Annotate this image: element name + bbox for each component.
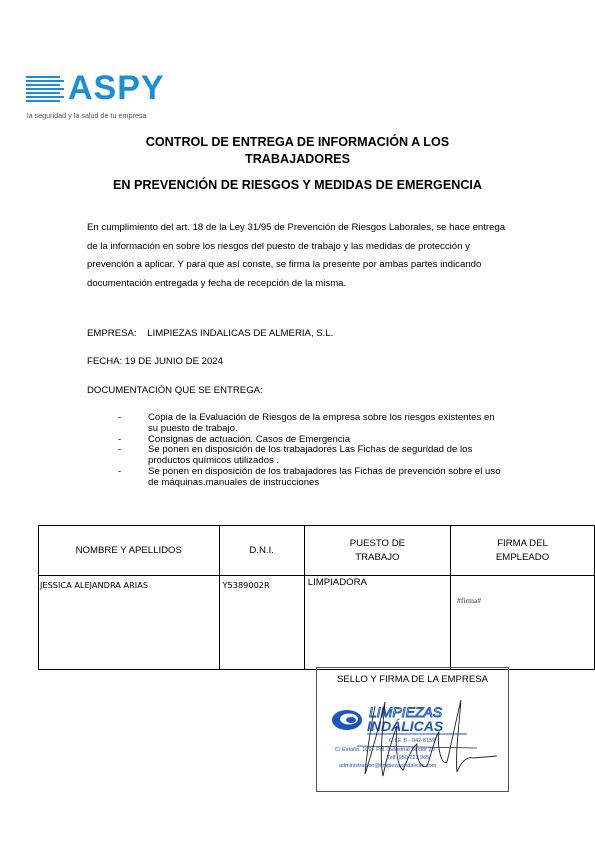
company-stamp-box: SELLO Y FIRMA DE LA EMPRESA LIMPIEZAS IN… <box>316 667 509 792</box>
employee-signature-field[interactable]: #firma# <box>451 576 595 670</box>
header-job: PUESTO DE TRABAJO <box>304 526 450 576</box>
list-item: -Se ponen en disposición de los trabajad… <box>118 467 503 489</box>
header-dni: D.N.I. <box>219 526 304 576</box>
date-value: 19 DE JUNIO DE 2024 <box>125 356 223 367</box>
list-item: -Copia de la Evaluación de Riesgos de la… <box>118 413 503 435</box>
logo-tagline: la seguridad y la salud de tu empresa <box>27 111 146 120</box>
documents-heading: DOCUMENTACIÓN QUE SE ENTREGA: <box>87 385 263 396</box>
table-row: JESSICA ALEJANDRA ARIAS Y5389002R LIMPIA… <box>39 576 595 670</box>
employee-table: NOMBRE Y APELLIDOS D.N.I. PUESTO DE TRAB… <box>38 525 595 670</box>
company-field: EMPRESA: LIMPIEZAS INDALICAS DE ALMERIA,… <box>87 328 333 339</box>
company-value: LIMPIEZAS INDALICAS DE ALMERIA, S.L. <box>147 328 333 339</box>
intro-paragraph: En cumplimiento del art. 18 de la Ley 31… <box>87 219 507 293</box>
striped-bars-icon <box>26 76 64 104</box>
list-item: -Se ponen en disposición de los trabajad… <box>118 445 503 467</box>
header-signature: FIRMA DEL EMPLEADO <box>451 526 595 576</box>
header-name: NOMBRE Y APELLIDOS <box>39 526 220 576</box>
limpiezas-logo-icon <box>332 710 362 730</box>
employee-dni: Y5389002R <box>219 576 304 670</box>
company-label: EMPRESA: <box>87 328 137 339</box>
logo-brand: ASPY <box>68 69 165 107</box>
company-stamp: LIMPIEZAS INDÁLICAS C.I.F. B - 042-8159 … <box>327 696 502 781</box>
date-field: FECHA: 19 DE JUNIO DE 2024 <box>87 356 223 367</box>
date-label: FECHA: <box>87 356 122 367</box>
svg-text:C/ Estaño, 109 · Pol. Industri: C/ Estaño, 109 · Pol. Industrial Sector … <box>335 747 435 753</box>
stamp-label: SELLO Y FIRMA DE LA EMPRESA <box>317 674 508 685</box>
documents-list: -Copia de la Evaluación de Riesgos de la… <box>118 413 503 489</box>
document-title: CONTROL DE ENTREGA DE INFORMACIÓN A LOS … <box>100 134 495 168</box>
table-header-row: NOMBRE Y APELLIDOS D.N.I. PUESTO DE TRAB… <box>39 526 595 576</box>
employee-name: JESSICA ALEJANDRA ARIAS <box>39 576 220 670</box>
aspy-logo: ASPY la seguridad y la salud de tu empre… <box>26 72 196 122</box>
employee-job: LIMPIADORA <box>304 576 450 670</box>
document-subtitle: EN PREVENCIÓN DE RIESGOS Y MEDIDAS DE EM… <box>100 177 495 194</box>
